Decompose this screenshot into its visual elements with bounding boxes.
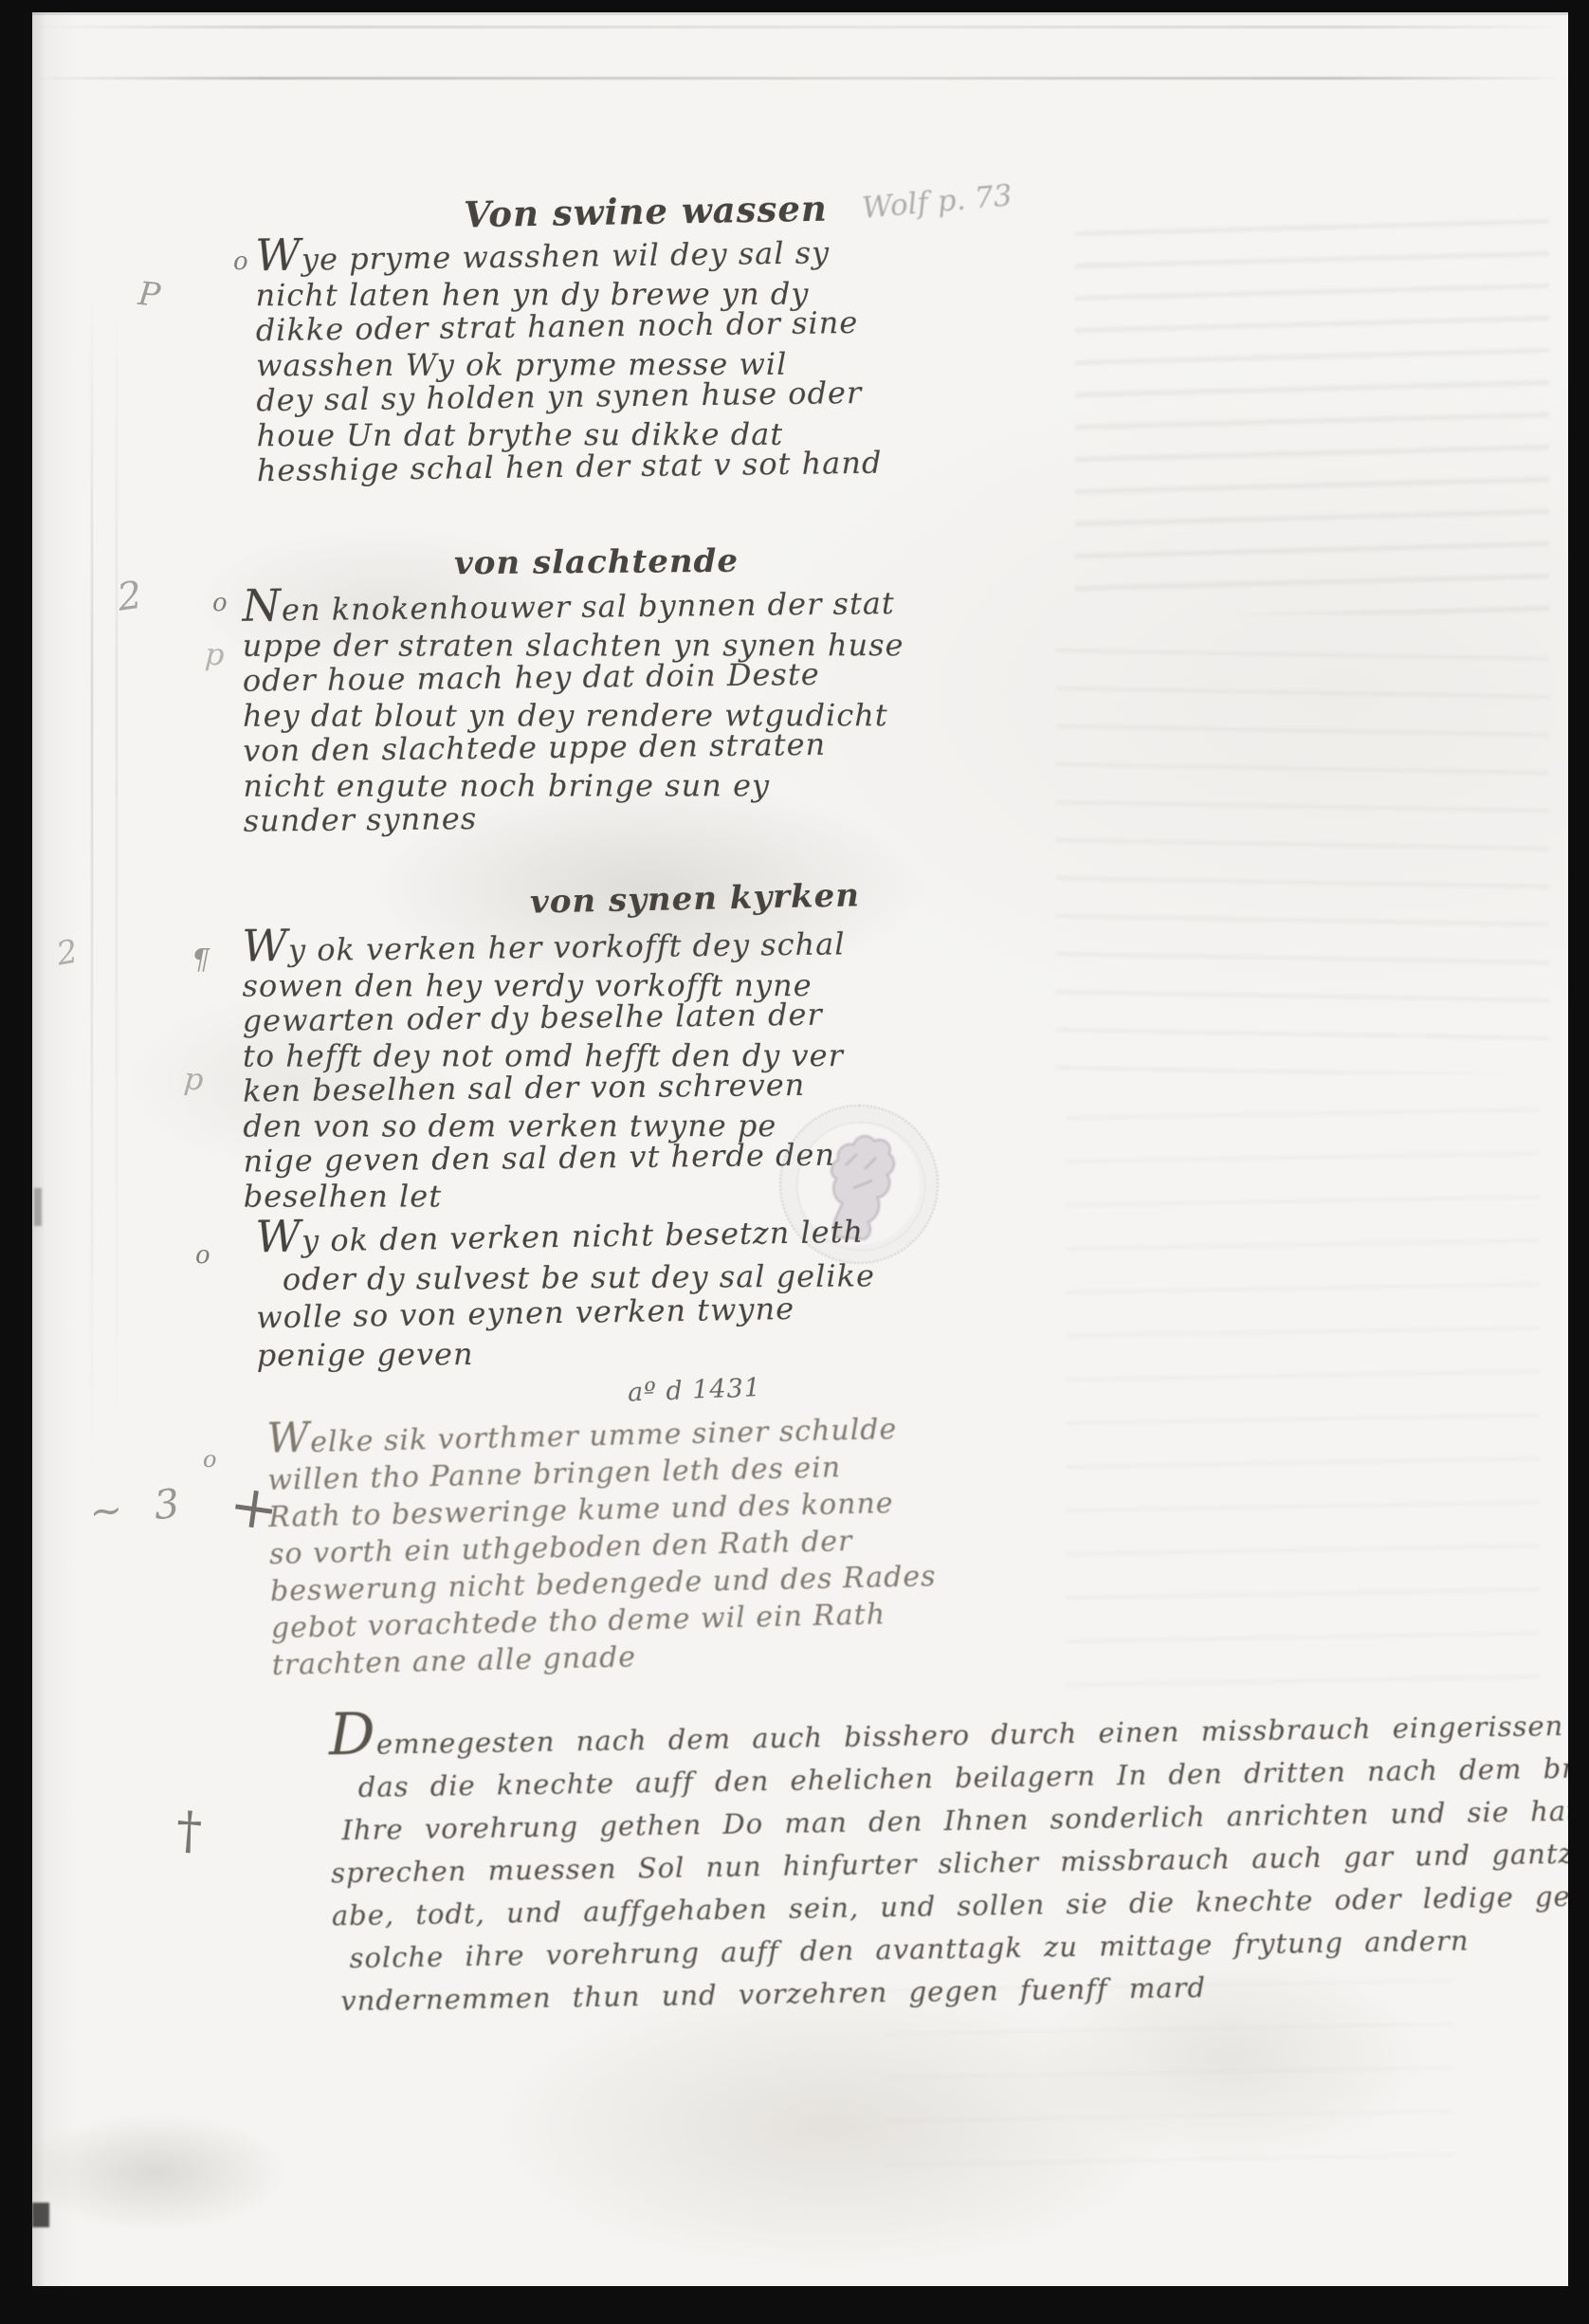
section-heading: von synen kyrken <box>530 876 861 921</box>
manuscript-line: dikke oder strat hanen noch dor sine <box>256 305 882 349</box>
manuscript-line: dey sal sy holden yn synen huse oder <box>256 375 882 419</box>
section-body: Demnegesten nach dem auch bisshero durch… <box>329 1692 1589 2023</box>
manuscript-line: oder houe mach hey dat doin Deste <box>243 656 904 699</box>
faint-signature-bleed <box>1226 1423 1235 1453</box>
scan-border-right <box>1568 0 1589 2324</box>
date-note: aº d 1431 <box>628 1374 762 1408</box>
left-fold-line <box>91 287 93 1473</box>
manuscript-line: sunder synnes <box>243 796 904 839</box>
margin-mark-cross: + <box>225 1470 283 1546</box>
manuscript-line: nige geven den sal den vt herde den <box>243 1137 847 1179</box>
top-crease <box>32 77 1568 80</box>
scan-border-bottom <box>0 2286 1589 2324</box>
manuscript-line: von den slachtede uppe den straten <box>243 726 904 769</box>
margin-mark-dagger: † <box>174 1800 203 1860</box>
edge-blot <box>32 2203 49 2227</box>
margin-mark-p: p <box>183 1060 205 1097</box>
section-body: Wy ok den verken nicht besetzn leth oder… <box>255 1212 876 1375</box>
section-body: Welke sik vorthmer umme siner schulde wi… <box>266 1406 939 1684</box>
manuscript-line: Nen knokenhouwer sal bynnen der stat <box>242 581 904 629</box>
bleedthrough-text-lower <box>1066 1093 1540 1700</box>
margin-mark-circle: o <box>212 589 228 617</box>
margin-mark-circle: o <box>203 1446 216 1473</box>
margin-mark-numeral-3: ~ 3 <box>87 1479 192 1536</box>
bleedthrough-text-middle <box>1056 638 1549 1074</box>
manuscript-scan: { "document": { "kind": "handwritten man… <box>0 0 1589 2324</box>
bleedthrough-text-upper <box>1075 216 1549 614</box>
left-fold-line-2 <box>116 287 118 1473</box>
scan-border-top <box>0 0 1589 12</box>
scan-border-left <box>0 0 32 2324</box>
edge-blot <box>34 1188 42 1226</box>
manuscript-line: Wy ok den verken nicht besetzn leth <box>255 1208 875 1261</box>
manuscript-page: Wolf p. 73 Von swine wassen Wye pryme wa… <box>32 12 1568 2286</box>
section-body: Wy ok verken her vorkofft dey schal sowe… <box>242 925 847 1214</box>
manuscript-line: hesshige schal hen der stat v sot hand <box>257 446 883 489</box>
section-heading: von slachtende <box>454 542 739 583</box>
margin-mark-circle: o <box>233 247 248 276</box>
margin-mark-p: p <box>204 635 225 672</box>
top-edge-crease <box>32 26 1568 28</box>
margin-mark-pilcrow: ¶ <box>192 943 210 977</box>
margin-mark-numeral-2: 2 <box>54 932 81 973</box>
manuscript-line: ken beselhen sal der von schreven <box>243 1067 847 1108</box>
section-heading: Von swine wassen <box>464 188 828 236</box>
section-body: Nen knokenhouwer sal bynnen der stat upp… <box>242 585 904 839</box>
manuscript-line: Wye pryme wasshen wil dey sal sy <box>255 230 881 279</box>
manuscript-line: Wy ok verken her vorkofft dey schal <box>242 922 846 968</box>
margin-mark-circle: o <box>195 1241 210 1270</box>
manuscript-line: penige geven <box>257 1332 876 1374</box>
margin-mark-p: P <box>137 275 162 315</box>
manuscript-line: gewarten oder dy beselhe laten der <box>243 997 847 1038</box>
margin-mark-numeral-2: 2 <box>115 571 161 620</box>
pencil-foliation-note: Wolf p. 73 <box>861 178 1014 226</box>
section-body: Wye pryme wasshen wil dey sal sy nicht l… <box>255 234 882 489</box>
